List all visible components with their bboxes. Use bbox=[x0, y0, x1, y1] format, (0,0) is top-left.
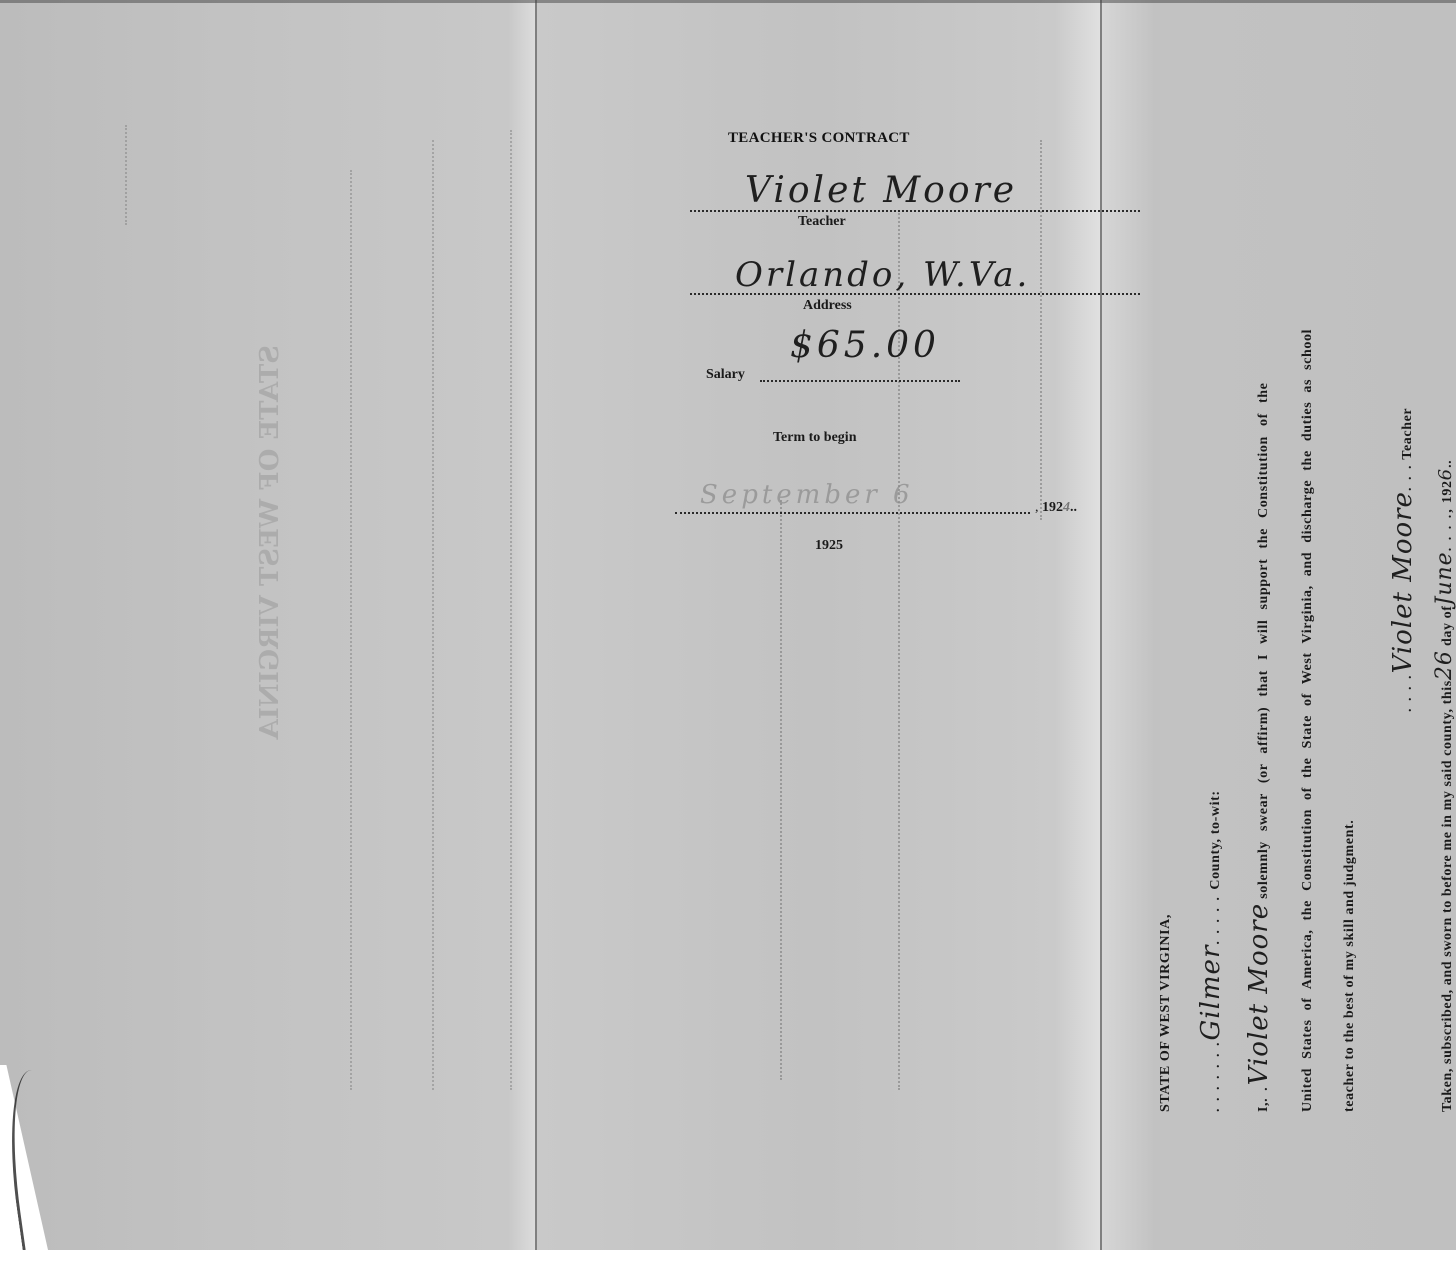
sworn-day-of: day of bbox=[1440, 605, 1455, 646]
county-handwritten: Gilmer bbox=[1196, 945, 1226, 1041]
address-label: Address bbox=[803, 298, 852, 314]
teacher-name-line bbox=[690, 210, 1140, 212]
document-sheet: STATE OF WEST VIRGINIA TEACHER'S CONTRAC… bbox=[0, 0, 1456, 1250]
address-handwritten: Orlando, W.Va. bbox=[735, 255, 1030, 295]
fold-crease-left bbox=[535, 0, 537, 1250]
teacher-name-handwritten: Violet Moore bbox=[745, 170, 1017, 211]
year-prefix: 192 bbox=[1042, 500, 1063, 515]
stamp-year: 1925 bbox=[815, 538, 843, 554]
year-suffix-handwritten: 4 bbox=[1063, 500, 1070, 515]
ghost-heading: STATE OF WEST VIRGINIA bbox=[255, 345, 285, 739]
oath-name-handwritten: Violet Moore bbox=[1244, 903, 1274, 1085]
oath-signature-line: . . . .Violet Moore. . . Teacher bbox=[1388, 408, 1418, 1112]
paper-top-edge bbox=[0, 0, 1456, 3]
state-heading-text: STATE OF WEST VIRGINIA, bbox=[1158, 914, 1173, 1112]
ghost-dotted-line bbox=[510, 130, 512, 1090]
ghost-dotted-line bbox=[780, 500, 782, 1080]
document-title: TEACHER'S CONTRACT bbox=[728, 130, 910, 147]
oath-line-1: I,. .Violet Moore solemnly swear (or aff… bbox=[1244, 383, 1274, 1112]
oath-line-3: teacher to the best of my skill and judg… bbox=[1342, 820, 1358, 1112]
county-suffix-text: County, to-wit: bbox=[1208, 790, 1223, 889]
ghost-dotted-line bbox=[1040, 140, 1042, 520]
oath-sworn-line: Taken, subscribed, and sworn to before m… bbox=[1432, 460, 1456, 1112]
line1-prefix: I, bbox=[1256, 1102, 1271, 1112]
signature-label: Teacher bbox=[1400, 408, 1415, 460]
ghost-dotted-line bbox=[125, 125, 127, 225]
line2-text: United States of America, the Constituti… bbox=[1300, 329, 1315, 1112]
term-date-handwritten-faint: September 6 bbox=[700, 480, 914, 510]
term-label: Term to begin bbox=[773, 430, 856, 446]
sworn-month-handwritten: June bbox=[1432, 551, 1456, 605]
sworn-day-handwritten: 26 bbox=[1432, 650, 1456, 680]
sworn-year-suffix-handwritten: 6 bbox=[1435, 468, 1456, 480]
fold-crease-right bbox=[1100, 0, 1102, 1250]
ghost-dotted-line bbox=[432, 140, 434, 1090]
ghost-dotted-line bbox=[350, 170, 352, 1090]
address-line bbox=[690, 293, 1140, 295]
teacher-label: Teacher bbox=[798, 214, 846, 230]
salary-line bbox=[760, 380, 960, 382]
sworn-text: Taken, subscribed, and sworn to before m… bbox=[1440, 680, 1455, 1112]
oath-state-heading: STATE OF WEST VIRGINIA, bbox=[1158, 914, 1174, 1112]
sworn-year-prefix: 192 bbox=[1440, 480, 1455, 503]
signature-handwritten: Violet Moore bbox=[1388, 491, 1418, 673]
term-year-prefix: , 1924.. bbox=[1035, 500, 1077, 516]
oath-line-2: United States of America, the Constituti… bbox=[1300, 329, 1316, 1112]
salary-handwritten: $65.00 bbox=[790, 325, 940, 366]
line3-text: teacher to the best of my skill and judg… bbox=[1342, 820, 1357, 1112]
oath-county-line: . . . . . . .Gilmer. . . . . County, to-… bbox=[1196, 790, 1226, 1112]
line1-text: solemnly swear (or affirm) that I will s… bbox=[1256, 383, 1271, 899]
salary-label: Salary bbox=[706, 367, 745, 383]
term-date-line bbox=[675, 512, 1030, 514]
